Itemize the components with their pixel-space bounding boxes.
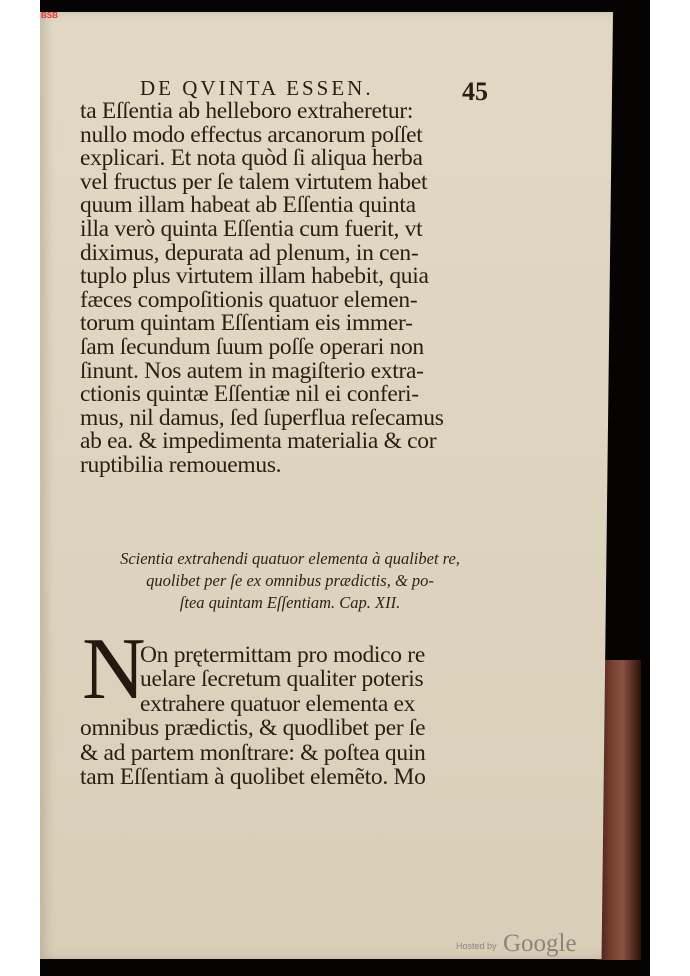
caption-line: quolibet per ſe ex omnibus prædictis, & …	[80, 570, 500, 592]
caption-line: ſtea quintam Eſſentiam. Cap. XII.	[80, 592, 500, 614]
hosted-by-label: Hosted by	[456, 941, 497, 951]
paragraph-1: ta Eſſentia ab helleboro extraheretur: n…	[80, 100, 500, 478]
text-line: ruptibilia remouemus.	[80, 454, 500, 478]
text-line: ta Eſſentia ab helleboro extraheretur:	[80, 100, 500, 124]
text-line: fæces compoſitionis quatuor elemen-	[80, 289, 500, 313]
text-line: uelare ſecretum qualiter poteris	[80, 667, 500, 691]
library-watermark: BSB	[41, 11, 58, 20]
text-line: vel fructus per ſe talem virtutem habet	[80, 171, 500, 195]
caption-line: Scientia extrahendi quatuor elementa à q…	[80, 548, 500, 570]
text-line: diximus, depurata ad plenum, in cen-	[80, 242, 500, 266]
text-line: nullo modo effectus arcanorum poſſet	[80, 124, 500, 148]
text-line: extrahere quatuor elementa ex	[80, 692, 500, 716]
text-line: tam Eſſentiam à quolibet elemẽto. Mo	[80, 765, 500, 789]
chapter-heading: Scientia extrahendi quatuor elementa à q…	[80, 548, 500, 614]
text-line: ſam ſecundum ſuum poſſe operari non	[80, 336, 500, 360]
text-line: torum quintam Eſſentiam eis immer-	[80, 312, 500, 336]
text-line: quum illam habeat ab Eſſentia quinta	[80, 194, 500, 218]
text-line: mus, nil damus, ſed ſuperflua reſecamus	[80, 407, 500, 431]
text-line: illa verò quinta Eſſentia cum fuerit, vt	[80, 218, 500, 242]
text-line: omnibus prædictis, & quodlibet per ſe	[80, 716, 500, 740]
paragraph-2: On prętermittam pro modico re uelare ſec…	[80, 643, 500, 789]
google-logo: Google	[503, 930, 577, 958]
text-line: & ad partem monſtrare: & poſtea quin	[80, 741, 500, 765]
text-line: ctionis quintæ Eſſentiæ nil ei conferi-	[80, 383, 500, 407]
text-line: On prętermittam pro modico re	[80, 643, 500, 667]
text-line: ſinunt. Nos autem in magiſterio extra-	[80, 360, 500, 384]
running-title: DE QVINTA ESSEN.	[140, 76, 374, 100]
text-line: ab ea. & impedimenta materialia & cor	[80, 430, 500, 454]
text-line: tuplo plus virtutem illam habebit, quia	[80, 265, 500, 289]
text-line: explicari. Et nota quòd ſi aliqua herba	[80, 147, 500, 171]
